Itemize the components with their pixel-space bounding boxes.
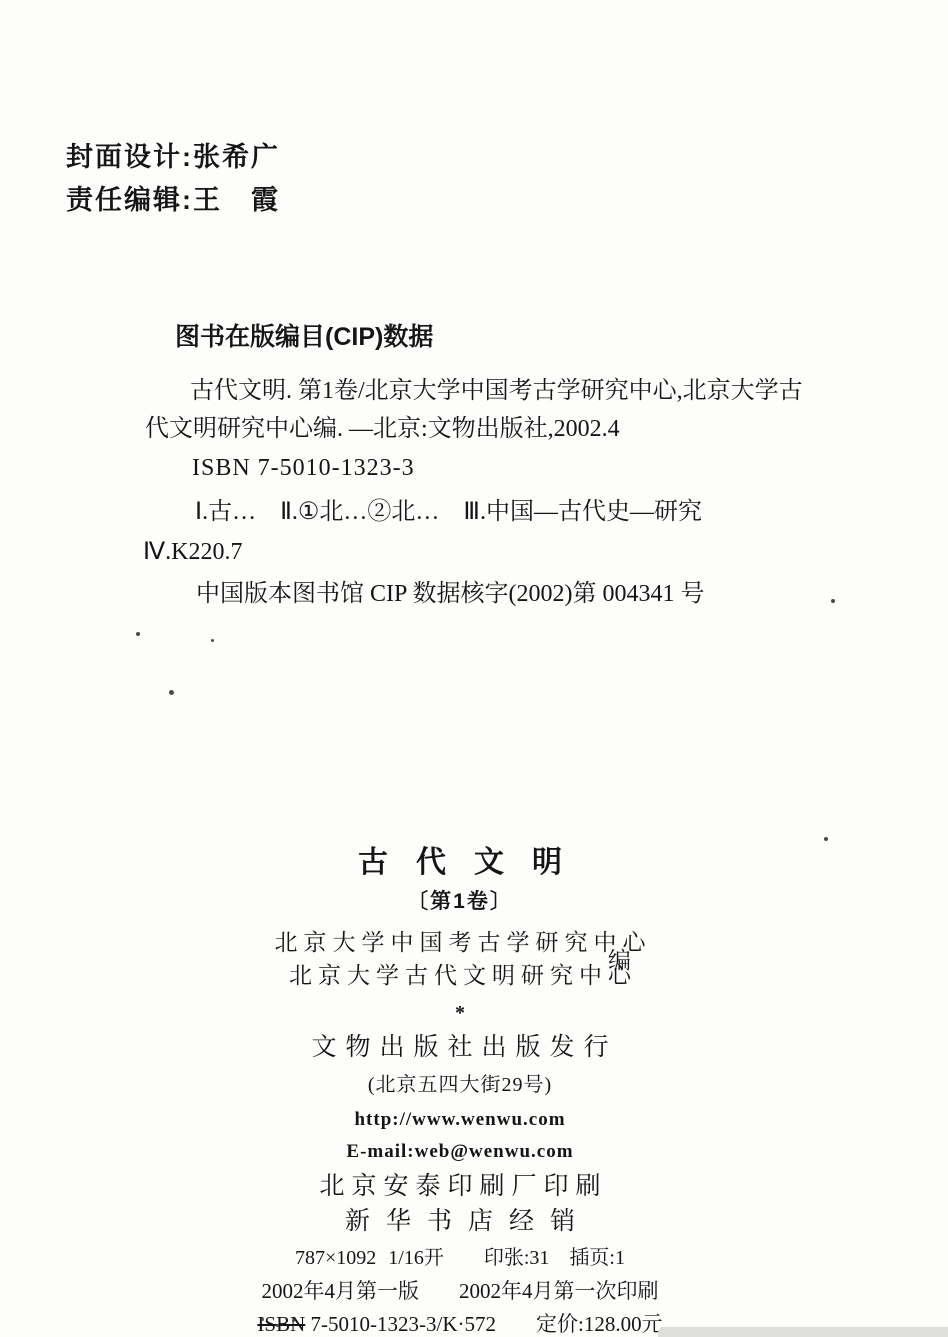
cip-heading: 图书在版编目(CIP)数据 [175, 322, 805, 352]
colophon-block: 古代文明 〔第1卷〕 北京大学中国考古学研究中心 北京大学古代文明研究中心 编 … [180, 845, 740, 1337]
isbn-label: ISBN [257, 1312, 305, 1336]
cip-entry-line2: 代文明研究中心编. —北京:文物出版社,2002.4 [145, 414, 805, 444]
cip-classification-line1: Ⅰ.古… Ⅱ.①北…②北… Ⅲ.中国—古代史—研究 [195, 497, 805, 527]
cip-registration-number: 中国版本图书馆 CIP 数据核字(2002)第 004341 号 [196, 579, 805, 609]
edition-line: 2002年4月第一版2002年4月第一次印刷 [180, 1279, 740, 1304]
trim-size: 787×1092 [295, 1247, 376, 1269]
price: 定价:128.00元 [536, 1312, 663, 1336]
scan-speck [292, 1319, 295, 1322]
scan-speck [824, 837, 828, 841]
print-sheets: 印张:31 [484, 1247, 550, 1269]
format-line: 787×10921/16开印张:31插页:1 [180, 1246, 740, 1270]
scan-speck [136, 632, 140, 636]
responsible-editor-credit: 责任编辑:王 霞 [66, 179, 280, 222]
scan-speck [169, 690, 174, 695]
cip-entry-line1: 古代文明. 第1卷/北京大学中国考古学研究中心,北京大学古 [190, 376, 805, 406]
isbn-number: 7-5010-1323-3/K·572 [311, 1312, 496, 1336]
editor-suffix: 编 [608, 942, 631, 975]
editor-org-2: 北京大学古代文明研究中心 [180, 959, 746, 992]
credits-block: 封面设计:张希广 责任编辑:王 霞 [66, 136, 280, 222]
scan-speck [211, 639, 214, 642]
publisher-line: 文物出版社出版发行 [180, 1033, 749, 1063]
cip-classification-line2: Ⅳ.K220.7 [143, 537, 805, 567]
insert-pages: 插页:1 [569, 1247, 625, 1269]
cover-design-credit: 封面设计:张希广 [66, 136, 280, 179]
edition: 2002年4月第一版 [262, 1279, 420, 1303]
publisher-email: E-mail:web@wenwu.com [180, 1141, 740, 1163]
scan-speck [276, 1324, 279, 1327]
cip-data-block: 图书在版编目(CIP)数据 古代文明. 第1卷/北京大学中国考古学研究中心,北京… [145, 322, 805, 609]
editors-block: 北京大学中国考古学研究中心 北京大学古代文明研究中心 编 [180, 926, 740, 992]
scan-speck [261, 1318, 264, 1321]
impression: 2002年4月第一次印刷 [459, 1279, 659, 1303]
publisher-address: (北京五四大街29号) [180, 1072, 740, 1098]
book-title: 古代文明 [180, 845, 768, 881]
distributor-line: 新华书店经销 [180, 1207, 756, 1237]
book-copyright-page: 封面设计:张希广 责任编辑:王 霞 图书在版编目(CIP)数据 古代文明. 第1… [0, 0, 948, 1337]
printer-line: 北京安泰印刷厂印刷 [180, 1172, 747, 1202]
divider-asterisk: * [180, 1002, 740, 1024]
scan-edge-shadow [658, 1327, 948, 1337]
publisher-website: http://www.wenwu.com [180, 1109, 740, 1131]
volume-label: 〔第1卷〕 [180, 888, 740, 916]
editor-org-1: 北京大学中国考古学研究中心 [180, 926, 746, 959]
sheet-format: 1/16开 [388, 1247, 444, 1269]
isbn-price-line: ISBN 7-5010-1323-3/K·572定价:128.00元 [180, 1312, 740, 1337]
scan-speck [831, 599, 835, 603]
cip-isbn: ISBN 7-5010-1323-3 [192, 453, 805, 483]
